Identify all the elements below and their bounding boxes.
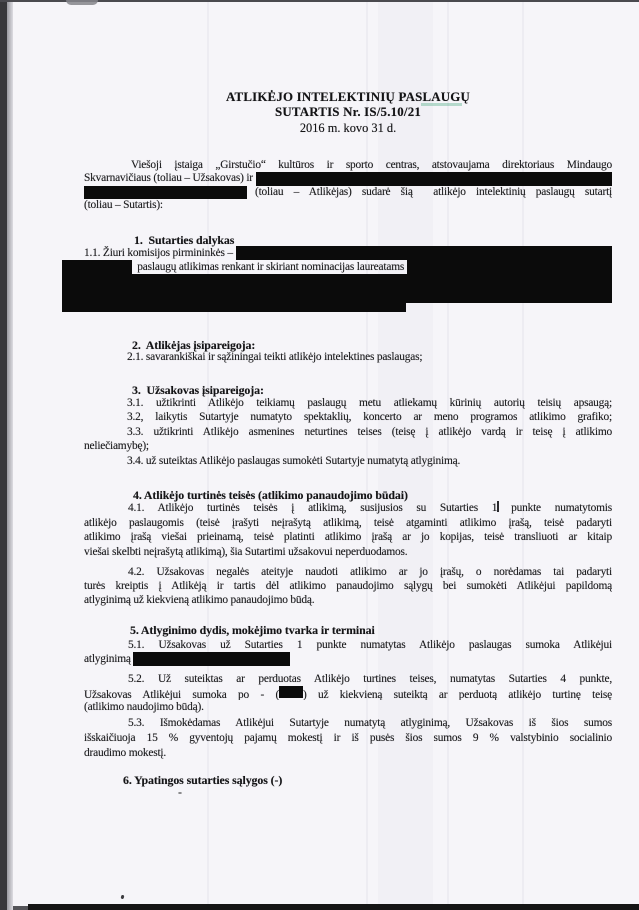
text-line: 4.1. Atlikėjo turtinės teisės į atlikimą… <box>84 501 612 516</box>
document-title-line1: ATLIKĖJO INTELEKTINIŲ PASLAUGŲ <box>84 90 612 105</box>
text-segment: (toliau – Sutartis): <box>84 199 163 211</box>
redaction-bar <box>84 186 247 199</box>
text-line: (atlikimo naudojimo būdą). <box>84 700 612 714</box>
clause-6-dash: - <box>178 785 182 800</box>
text-segment: 5.3. Išmokėdamas Atlikėjui Sutartyje num… <box>128 717 612 729</box>
text-line: 3.1. užtikrinti Atlikėjo teikiamų paslau… <box>84 397 612 411</box>
text-segment: atlikimo įrašą viešai prieinamą, teisė p… <box>84 531 612 543</box>
clause-5-2: 5.2. Už suteiktas ar perduotas Atlikėjo … <box>84 672 612 714</box>
section-3-heading: 3. Užsakovas įsipareigoja: <box>132 383 264 398</box>
text-segment: atlyginimą <box>84 652 133 666</box>
redaction-bar <box>256 172 612 185</box>
scan-streak <box>207 2 209 906</box>
text-line: 4.2. Užsakovas negalės ateityje naudoti … <box>84 565 612 579</box>
text-segment: (atlikimo naudojimo būdą). <box>84 701 204 713</box>
clause-4-1: 4.1. Atlikėjo turtinės teisės į atlikimą… <box>84 501 612 559</box>
text-line: 3.2, laikytis Sutartyje numatyto spektak… <box>84 411 612 425</box>
scan-color-artifact <box>421 103 462 106</box>
text-line: Užsakovas Atlikėjui sumoka po - () už ki… <box>84 686 612 700</box>
scan-streak <box>447 2 449 906</box>
text-line: 3.4. už suteiktas Atlikėjo paslaugas sum… <box>84 455 612 469</box>
document-title-line2: SUTARTIS Nr. IS/5.10/21 <box>84 105 612 120</box>
text-segment: 2.1. savarankiškai ir sąžiningai teikti … <box>127 351 422 363</box>
text-line: turės kreiptis į Atlikėją ir tartis dėl … <box>84 579 612 593</box>
redaction-bar <box>133 652 290 666</box>
text-segment: 4.2. Užsakovas negalės ateityje naudoti … <box>128 566 612 578</box>
scanned-contract-page: ATLIKĖJO INTELEKTINIŲ PASLAUGŲ SUTARTIS … <box>0 0 639 910</box>
scan-tint-band <box>378 2 433 906</box>
clause-2-1: 2.1. savarankiškai ir sąžiningai teikti … <box>84 351 612 365</box>
clause-5-3: 5.3. Išmokėdamas Atlikėjui Sutartyje num… <box>84 716 612 761</box>
text-line: (toliau – Atlikėjas) sudarė šią atlikėjo… <box>84 186 612 199</box>
text-segment: (toliau – Atlikėjas) sudarė šią atlikėjo… <box>247 186 612 199</box>
intro-paragraph: Viešoji įstaiga „Girstučio“ kultūros ir … <box>84 159 612 213</box>
text-segment: ) už kiekvieną suteiktą ar perduotą atli… <box>303 689 612 700</box>
scanner-smudge <box>66 0 98 5</box>
text-line: 5.1. Užsakovas už Sutarties 1 punkte num… <box>84 638 612 652</box>
text-segment: Užsakovas Atlikėjui sumoka po - ( <box>84 689 279 700</box>
text-line: atlikėjo paslaugomis (teisė įrašyti neįr… <box>84 516 612 531</box>
text-segment: neliečiamybę); <box>84 440 149 452</box>
clause-3-2: 3.2, laikytis Sutartyje numatyto spektak… <box>84 411 612 425</box>
clause-4-2: 4.2. Užsakovas negalės ateityje naudoti … <box>84 565 612 607</box>
clause-1-1: 1.1. Žiuri komisijos pirmininkės – pasla… <box>84 246 612 274</box>
section-6-heading: 6. Ypatingos sutarties sąlygos (-) <box>123 773 282 788</box>
text-segment: Skvarnavičiaus (toliau – Užsakovas) ir <box>84 172 256 185</box>
clause-3-3: 3.3. užtikrinti Atlikėjo asmenines netur… <box>84 425 612 453</box>
text-segment: turės kreiptis į Atlikėją ir tartis dėl … <box>84 580 612 592</box>
text-segment: 1.1. Žiuri komisijos pirmininkės – <box>84 246 236 260</box>
redaction-block-large <box>62 274 612 303</box>
text-segment: 3.3. užtikrinti Atlikėjo asmenines netur… <box>127 426 612 438</box>
clause-5-1: 5.1. Užsakovas už Sutarties 1 punkte num… <box>84 638 612 666</box>
text-line: 5.2. Už suteiktas ar perduotas Atlikėjo … <box>84 672 612 686</box>
redaction-bar <box>236 246 612 260</box>
text-line: išskaičiuoja 15 % gyventojų pajamų mokes… <box>84 731 612 746</box>
text-segment: 5.1. Užsakovas už Sutarties 1 punkte num… <box>128 639 612 651</box>
text-segment: 4.1. Atlikėjo turtinės teisės į atlikimą… <box>128 502 612 514</box>
text-segment: draudimo mokestį. <box>84 747 166 759</box>
text-line: neliečiamybę); <box>84 439 612 453</box>
text-segment: 5.2. Už suteiktas ar perduotas Atlikėjo … <box>128 673 612 685</box>
document-date-line: 2016 m. kovo 31 d. <box>84 121 612 136</box>
text-segment: išskaičiuoja 15 % gyventojų pajamų mokes… <box>84 732 612 744</box>
text-line: paslaugų atlikimas renkant ir skiriant n… <box>62 260 612 274</box>
text-line: 2.1. savarankiškai ir sąžiningai teikti … <box>84 351 612 365</box>
scanner-edge-left-shade <box>7 0 13 910</box>
text-line: (toliau – Sutartis): <box>84 199 612 212</box>
text-segment: atlyginimą už kiekvieną atlikimo panaudo… <box>84 594 314 606</box>
text-line: atlyginimą už kiekvieną atlikimo panaudo… <box>84 593 612 607</box>
text-line: atlikimo įrašą viešai prieinamą, teisė p… <box>84 530 612 545</box>
text-segment: 3.4. už suteiktas Atlikėjo paslaugas sum… <box>127 455 460 467</box>
text-segment: paslaugų atlikimas renkant ir skiriant n… <box>132 260 407 274</box>
text-line: Skvarnavičiaus (toliau – Užsakovas) ir <box>84 172 612 185</box>
redaction-bar <box>407 260 612 274</box>
text-line: Viešoji įstaiga „Girstučio“ kultūros ir … <box>84 159 612 172</box>
redaction-block-step <box>62 303 406 312</box>
text-line: 1.1. Žiuri komisijos pirmininkės – <box>84 246 612 260</box>
redaction-bar <box>62 260 132 274</box>
text-line: 3.3. užtikrinti Atlikėjo asmenines netur… <box>84 425 612 439</box>
text-line: atlyginimą <box>84 652 612 666</box>
scanner-edge-left <box>0 0 7 910</box>
scan-streak <box>366 2 368 906</box>
clause-3-4: 3.4. už suteiktas Atlikėjo paslaugas sum… <box>84 455 612 469</box>
text-line: 5.3. Išmokėdamas Atlikėjui Sutartyje num… <box>84 716 612 731</box>
text-segment: atlikėjo paslaugomis (teisė įrašyti neįr… <box>84 517 612 529</box>
text-line: draudimo mokestį. <box>84 746 612 761</box>
scan-cursor-artifact <box>497 501 499 512</box>
scan-streak <box>522 2 524 906</box>
text-segment: 3.1. užtikrinti Atlikėjo teikiamų paslau… <box>127 397 612 409</box>
section-5-heading: 5. Atlyginimo dydis, mokėjimo tvarka ir … <box>130 623 375 638</box>
text-segment: Viešoji įstaiga „Girstučio“ kultūros ir … <box>131 159 612 171</box>
paper-background <box>10 2 639 906</box>
text-segment: viešai skelbti neįrašytą atlikimą), šia … <box>84 546 407 558</box>
redaction-bar <box>279 686 303 698</box>
clause-3-1: 3.1. užtikrinti Atlikėjo teikiamų paslau… <box>84 397 612 411</box>
scanner-edge-bottom <box>28 904 639 910</box>
text-segment: 3.2, laikytis Sutartyje numatyto spektak… <box>127 411 612 423</box>
text-line: viešai skelbti neįrašytą atlikimą), šia … <box>84 545 612 560</box>
